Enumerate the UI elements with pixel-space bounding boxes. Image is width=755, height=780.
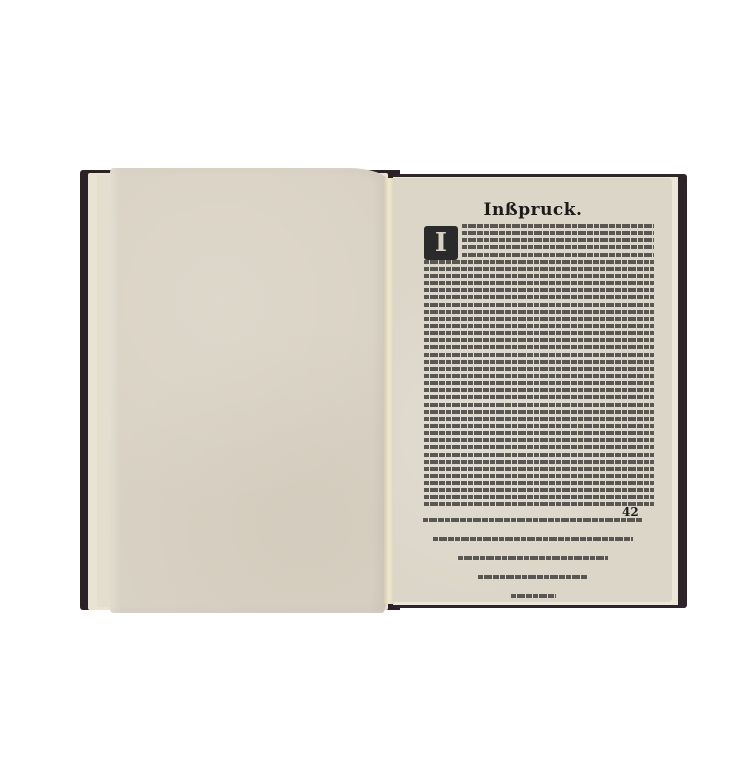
text-line: [424, 388, 654, 392]
closing-text-line: [511, 594, 556, 598]
text-line: [424, 403, 654, 407]
body-text: [424, 224, 654, 510]
text-line: [424, 324, 654, 328]
text-line: [424, 481, 654, 485]
text-line: [424, 295, 654, 299]
text-line: [424, 431, 654, 435]
left-page-blank: [110, 168, 388, 613]
text-line: [424, 331, 654, 335]
text-line: [424, 274, 654, 278]
closing-text-line: [423, 518, 643, 522]
text-line: [424, 502, 654, 506]
closing-text-line: [458, 556, 608, 560]
text-line: [462, 231, 654, 235]
text-line: [424, 438, 654, 442]
text-line: [424, 267, 654, 271]
book-gutter: [384, 178, 394, 604]
text-line: [424, 367, 654, 371]
text-line: [424, 338, 654, 342]
text-line: [424, 345, 654, 349]
text-line: [424, 410, 654, 414]
text-line: [462, 245, 654, 249]
text-line: [424, 495, 654, 499]
page-number: 42: [622, 505, 639, 519]
text-line: [462, 238, 654, 242]
text-line: [424, 317, 654, 321]
closing-text-line: [478, 575, 588, 579]
text-line: [424, 445, 654, 449]
text-line: [424, 310, 654, 314]
text-line: [424, 474, 654, 478]
text-line: [424, 360, 654, 364]
text-line: [424, 374, 654, 378]
text-line: [424, 424, 654, 428]
text-line: [424, 260, 654, 264]
closing-text-line: [433, 537, 633, 541]
text-line: [462, 253, 654, 257]
text-line: [424, 281, 654, 285]
text-line: [424, 467, 654, 471]
text-line: [462, 224, 654, 228]
text-line: [424, 453, 654, 457]
text-line: [424, 353, 654, 357]
text-line: [424, 460, 654, 464]
page-title: Inßpruck.: [394, 200, 672, 220]
text-line: [424, 381, 654, 385]
text-line: [424, 303, 654, 307]
text-line: [424, 488, 654, 492]
right-page: Inßpruck. I 42: [394, 178, 672, 602]
closing-text: [394, 510, 672, 605]
text-line: [424, 417, 654, 421]
text-line: [424, 395, 654, 399]
text-line: [424, 288, 654, 292]
